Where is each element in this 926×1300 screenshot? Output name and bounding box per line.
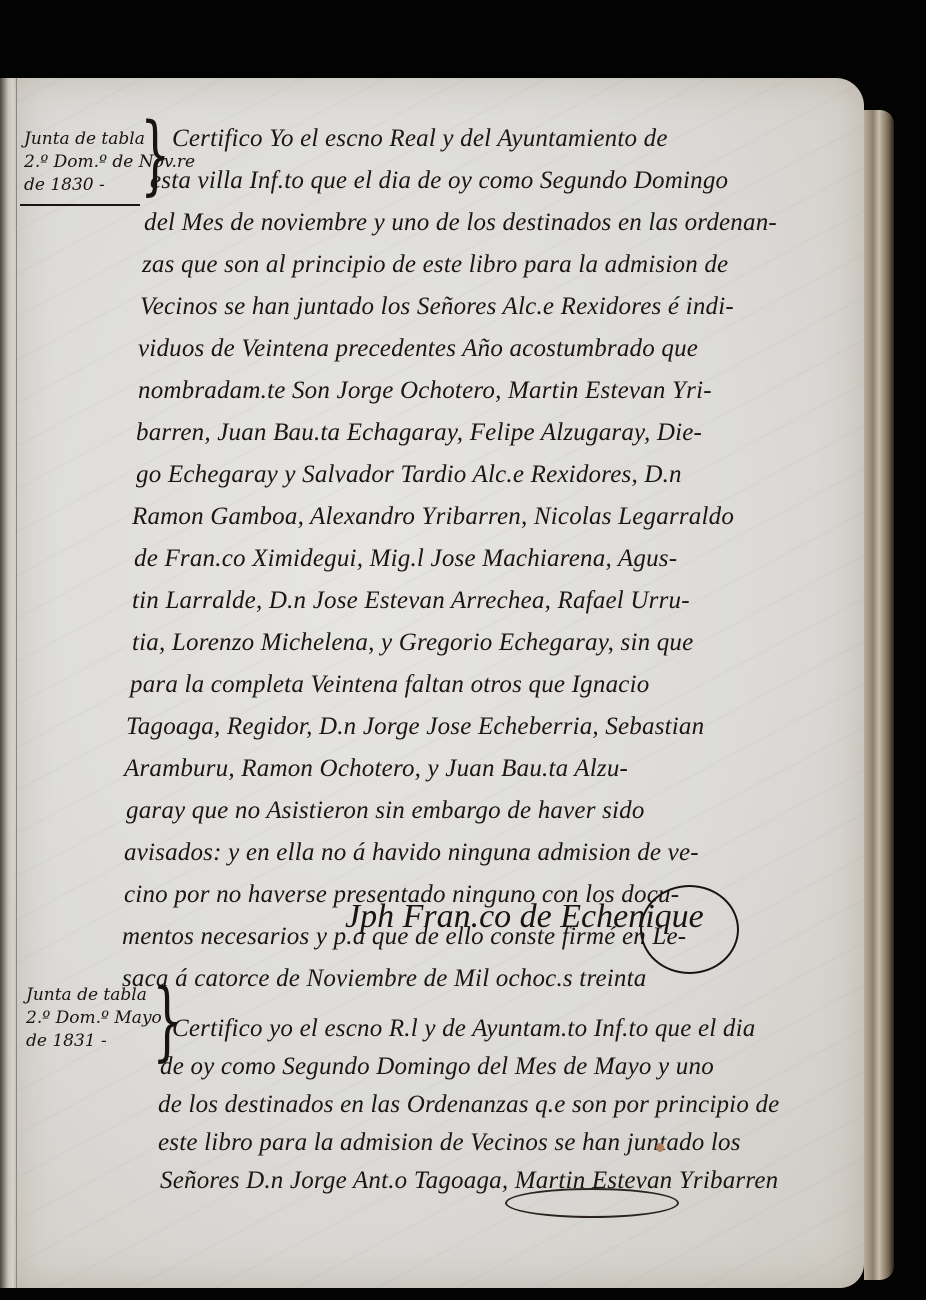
paraph-flourish-icon — [505, 1188, 679, 1218]
text-line: Ramon Gamboa, Alexandro Yribarren, Nicol… — [132, 496, 777, 538]
left-page-edge — [0, 78, 14, 1288]
text-line: avisados: y en ella no á havido ninguna … — [124, 832, 777, 874]
margin-note-line: Junta de tabla — [26, 984, 162, 1007]
text-line: para la completa Veintena faltan otros q… — [130, 664, 777, 706]
text-line: garay que no Asistieron sin embargo de h… — [126, 790, 777, 832]
text-line: de los destinados en las Ordenanzas q.e … — [158, 1086, 779, 1124]
text-line: del Mes de noviembre y uno de los destin… — [144, 202, 777, 244]
text-line: tin Larralde, D.n Jose Estevan Arrechea,… — [132, 580, 777, 622]
text-line: de oy como Segundo Domingo del Mes de Ma… — [160, 1048, 779, 1086]
page-gutter-line — [16, 78, 17, 1288]
text-line: zas que son al principio de este libro p… — [142, 244, 777, 286]
text-line: Aramburu, Ramon Ochotero, y Juan Bau.ta … — [124, 748, 777, 790]
text-line: Tagoaga, Regidor, D.n Jorge Jose Echeber… — [126, 706, 777, 748]
text-line: barren, Juan Bau.ta Echagaray, Felipe Al… — [136, 412, 777, 454]
text-line: viduos de Veintena precedentes Año acost… — [138, 328, 777, 370]
text-line: nombradam.te Son Jorge Ochotero, Martin … — [138, 370, 777, 412]
text-line: Vecinos se han juntado los Señores Alc.e… — [140, 286, 777, 328]
margin-note-rule — [20, 204, 140, 206]
book-page-edges — [864, 110, 894, 1280]
text-line: este libro para la admision de Vecinos s… — [158, 1124, 779, 1162]
text-line: Certifico yo el escno R.l y de Ayuntam.t… — [172, 1010, 779, 1048]
ink-stain — [656, 1143, 664, 1152]
text-line: tia, Lorenzo Michelena, y Gregorio Echeg… — [132, 622, 777, 664]
signature-flourish-icon — [640, 885, 739, 974]
text-line: Señores D.n Jorge Ant.o Tagoaga, Martin … — [160, 1162, 779, 1200]
margin-note-line: 2.º Dom.º Mayo — [26, 1007, 162, 1030]
entry-1-text: Certifico Yo el escno Real y del Ayuntam… — [150, 118, 777, 1000]
text-line: Certifico Yo el escno Real y del Ayuntam… — [150, 118, 777, 160]
entry-2-text: Certifico yo el escno R.l y de Ayuntam.t… — [172, 1010, 779, 1200]
margin-note-line: de 1831 - — [26, 1030, 162, 1053]
text-line: de Fran.co Ximidegui, Mig.l Jose Machiar… — [134, 538, 777, 580]
text-line: esta villa Inf.to que el dia de oy como … — [150, 160, 777, 202]
margin-note-entry-2: Junta de tabla 2.º Dom.º Mayo de 1831 - — [26, 984, 162, 1053]
text-line: go Echegaray y Salvador Tardio Alc.e Rex… — [136, 454, 777, 496]
